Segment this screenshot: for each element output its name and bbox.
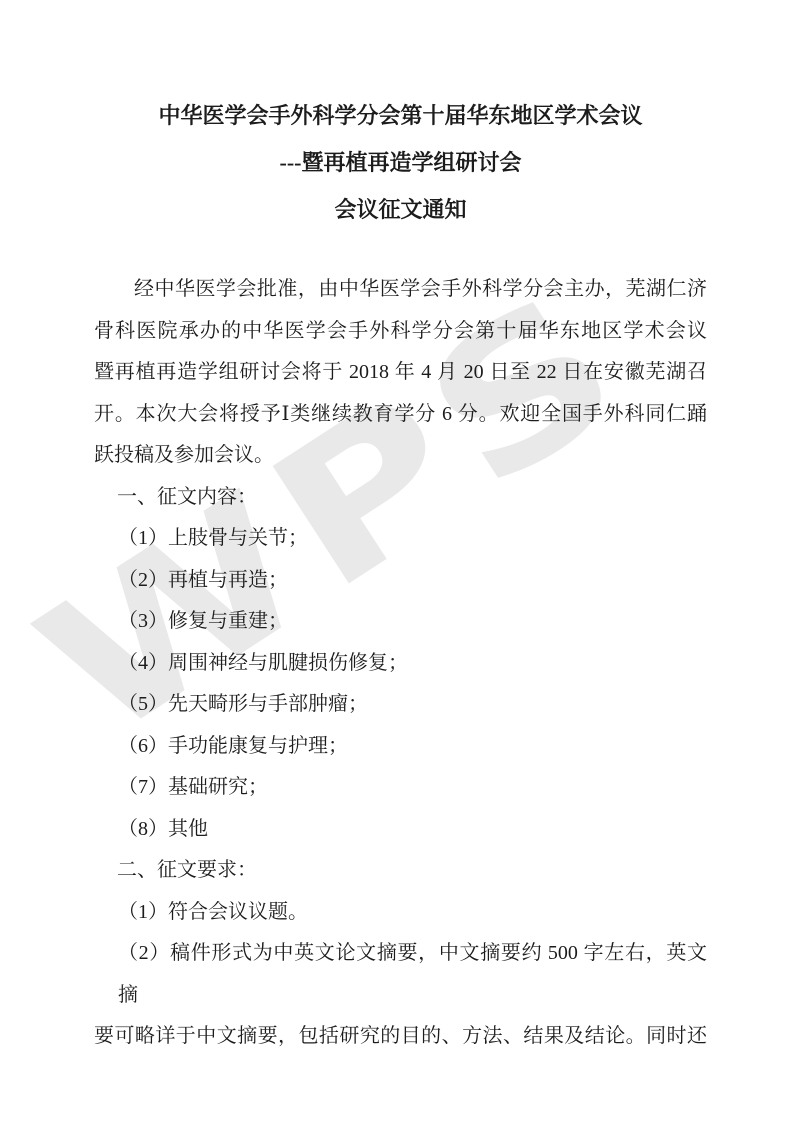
paragraph-line: 经中华医学会批准，由中华医学会手外科学分会主办，芜湖仁济 [94, 269, 707, 311]
section-2-item-2-line-1: （2）稿件形式为中英文论文摘要，中文摘要约 500 字左右，英文摘 [94, 933, 707, 1016]
doc-title-line-3: 会议征文通知 [94, 186, 707, 233]
section-1-item-1: （1）上肢骨与关节； [94, 518, 707, 560]
section-1-item-8: （8）其他 [94, 809, 707, 851]
doc-title-line-2: ---暨再植再造学组研讨会 [94, 139, 707, 186]
title-body-gap [94, 233, 707, 269]
section-2-heading: 二、征文要求： [94, 850, 707, 892]
document-page: WPS 中华医学会手外科学分会第十届华东地区学术会议 ---暨再植再造学组研讨会… [0, 0, 793, 1122]
paragraph-line: 开。本次大会将授予Ⅰ类继续教育学分 6 分。欢迎全国手外科同仁踊 [94, 394, 707, 436]
document-content: 中华医学会手外科学分会第十届华东地区学术会议 ---暨再植再造学组研讨会 会议征… [94, 92, 707, 1058]
section-1-item-7: （7）基础研究； [94, 767, 707, 809]
section-1-item-2: （2）再植与再造； [94, 560, 707, 602]
section-1-item-3: （3）修复与重建； [94, 601, 707, 643]
paragraph-line: 暨再植再造学组研讨会将于 2018 年 4 月 20 日至 22 日在安徽芜湖召 [94, 352, 707, 394]
section-2-item-1: （1）符合会议议题。 [94, 892, 707, 934]
section-1-item-5: （5）先天畸形与手部肿瘤； [94, 684, 707, 726]
section-1-heading: 一、征文内容： [94, 477, 707, 519]
paragraph-line: 骨科医院承办的中华医学会手外科学分会第十届华东地区学术会议 [94, 311, 707, 353]
doc-title-line-1: 中华医学会手外科学分会第十届华东地区学术会议 [94, 92, 707, 139]
paragraph-line: 跃投稿及参加会议。 [94, 435, 707, 477]
section-1-item-4: （4）周围神经与肌腱损伤修复； [94, 643, 707, 685]
section-2-item-2-line-2: 要可略详于中文摘要，包括研究的目的、方法、结果及结论。同时还 [94, 1016, 707, 1058]
section-1-item-6: （6）手功能康复与护理； [94, 726, 707, 768]
